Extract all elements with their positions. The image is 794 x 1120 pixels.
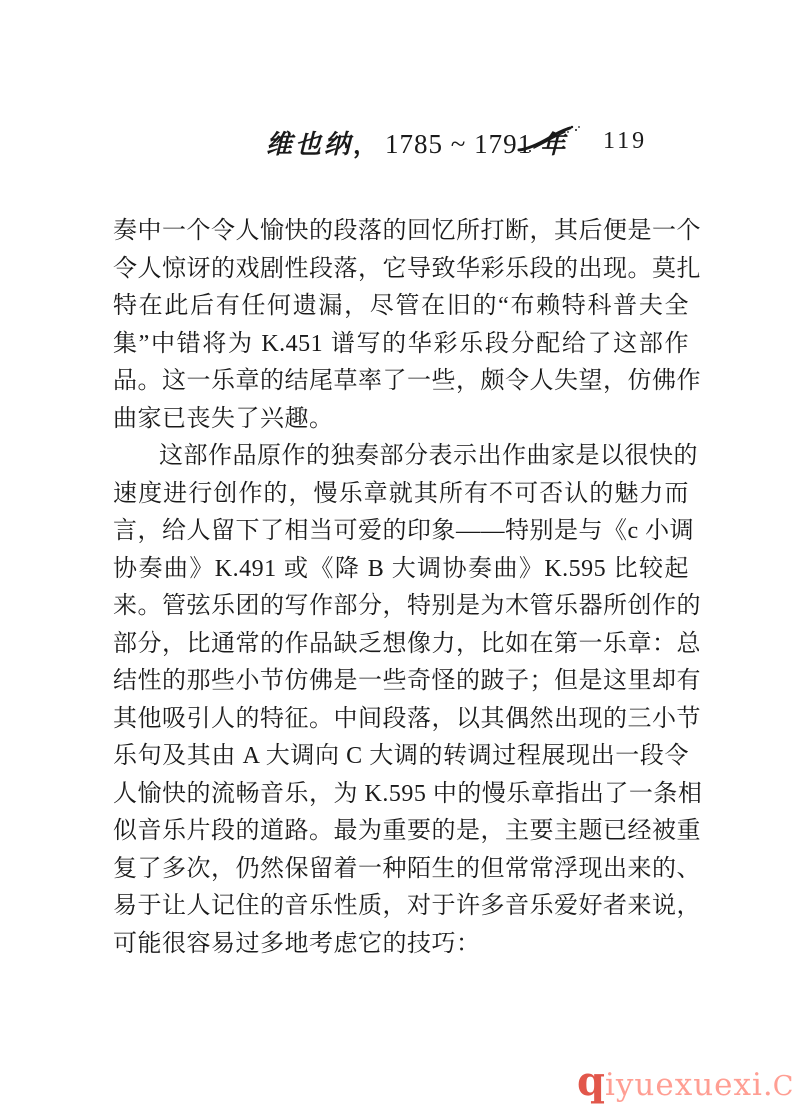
- text-line: 来。管弦乐团的写作部分，特别是为木管乐器所创作的: [113, 588, 689, 626]
- watermark-domain: iyuexuexi: [605, 1067, 763, 1103]
- page-number: 119: [603, 128, 647, 155]
- text-line: 奏中一个令人愉快的段落的回忆所打断，其后便是一个: [113, 213, 689, 251]
- chapter-title-place: 维也纳: [266, 124, 353, 161]
- paragraph: 这部作品原作的独奏部分表示出作曲家是以很快的 速度进行创作的，慢乐章就其所有不可…: [113, 438, 689, 963]
- text-line: 易于让人记住的音乐性质，对于许多音乐爱好者来说，: [113, 888, 689, 926]
- paragraph: 奏中一个令人愉快的段落的回忆所打断，其后便是一个 令人惊讶的戏剧性段落，它导致华…: [113, 213, 689, 438]
- watermark-dot: .: [763, 1067, 773, 1103]
- text-line: 乐句及其由 A 大调向 C 大调的转调过程展现出一段令: [113, 738, 689, 776]
- text-line: 其他吸引人的特征。中间段落，以其偶然出现的三小节: [113, 701, 689, 739]
- body-text: 奏中一个令人愉快的段落的回忆所打断，其后便是一个 令人惊讶的戏剧性段落，它导致华…: [113, 213, 689, 963]
- text-line: 这部作品原作的独奏部分表示出作曲家是以很快的: [113, 438, 689, 476]
- text-line: 言，给人留下了相当可爱的印象——特别是与《c 小调: [113, 513, 689, 551]
- text-line: 部分，比通常的作品缺乏想像力，比如在第一乐章：总: [113, 626, 689, 664]
- text-line: 结性的那些小节仿佛是一些奇怪的跛子；但是这里却有: [113, 663, 689, 701]
- text-line: 复了多次，仍然保留着一种陌生的但常常浮现出来的、: [113, 851, 689, 889]
- brush-flourish-icon: [516, 124, 582, 161]
- chapter-title-comma: ，: [353, 125, 377, 160]
- text-line: 令人惊讶的戏剧性段落，它导致华彩乐段的出现。莫扎: [113, 251, 689, 289]
- text-line: 人愉快的流畅音乐，为 K.595 中的慢乐章指出了一条相: [113, 776, 689, 814]
- text-line: 特在此后有任何遗漏，尽管在旧的“布赖特科普夫全: [113, 288, 689, 326]
- text-line: 曲家已丧失了兴趣。: [113, 401, 689, 439]
- text-line: 品。这一乐章的结尾草率了一些，颇令人失望，仿佛作: [113, 363, 689, 401]
- text-line: 速度进行创作的，慢乐章就其所有不可否认的魅力而: [113, 476, 689, 514]
- site-watermark: qiyuexuexi.COM: [577, 1062, 794, 1103]
- text-line: 协奏曲》K.491 或《降 B 大调协奏曲》K.595 比较起: [113, 551, 689, 589]
- scanned-book-page: 维也纳，1785 ~ 1791年 119 奏中一个令人愉快的段落的回忆所打断，其…: [0, 0, 794, 1120]
- text-line: 可能很容易过多地考虑它的技巧：: [113, 926, 689, 964]
- watermark-tld: COM: [773, 1071, 794, 1102]
- chapter-title-years: 1785 ~ 1791: [385, 129, 532, 160]
- watermark-initial: q: [577, 1062, 605, 1102]
- text-line: 似音乐片段的道路。最为重要的是，主要主题已经被重: [113, 813, 689, 851]
- text-line: 集”中错将为 K.451 谱写的华彩乐段分配给了这部作: [113, 326, 689, 364]
- running-head: 维也纳，1785 ~ 1791年 119: [0, 124, 794, 164]
